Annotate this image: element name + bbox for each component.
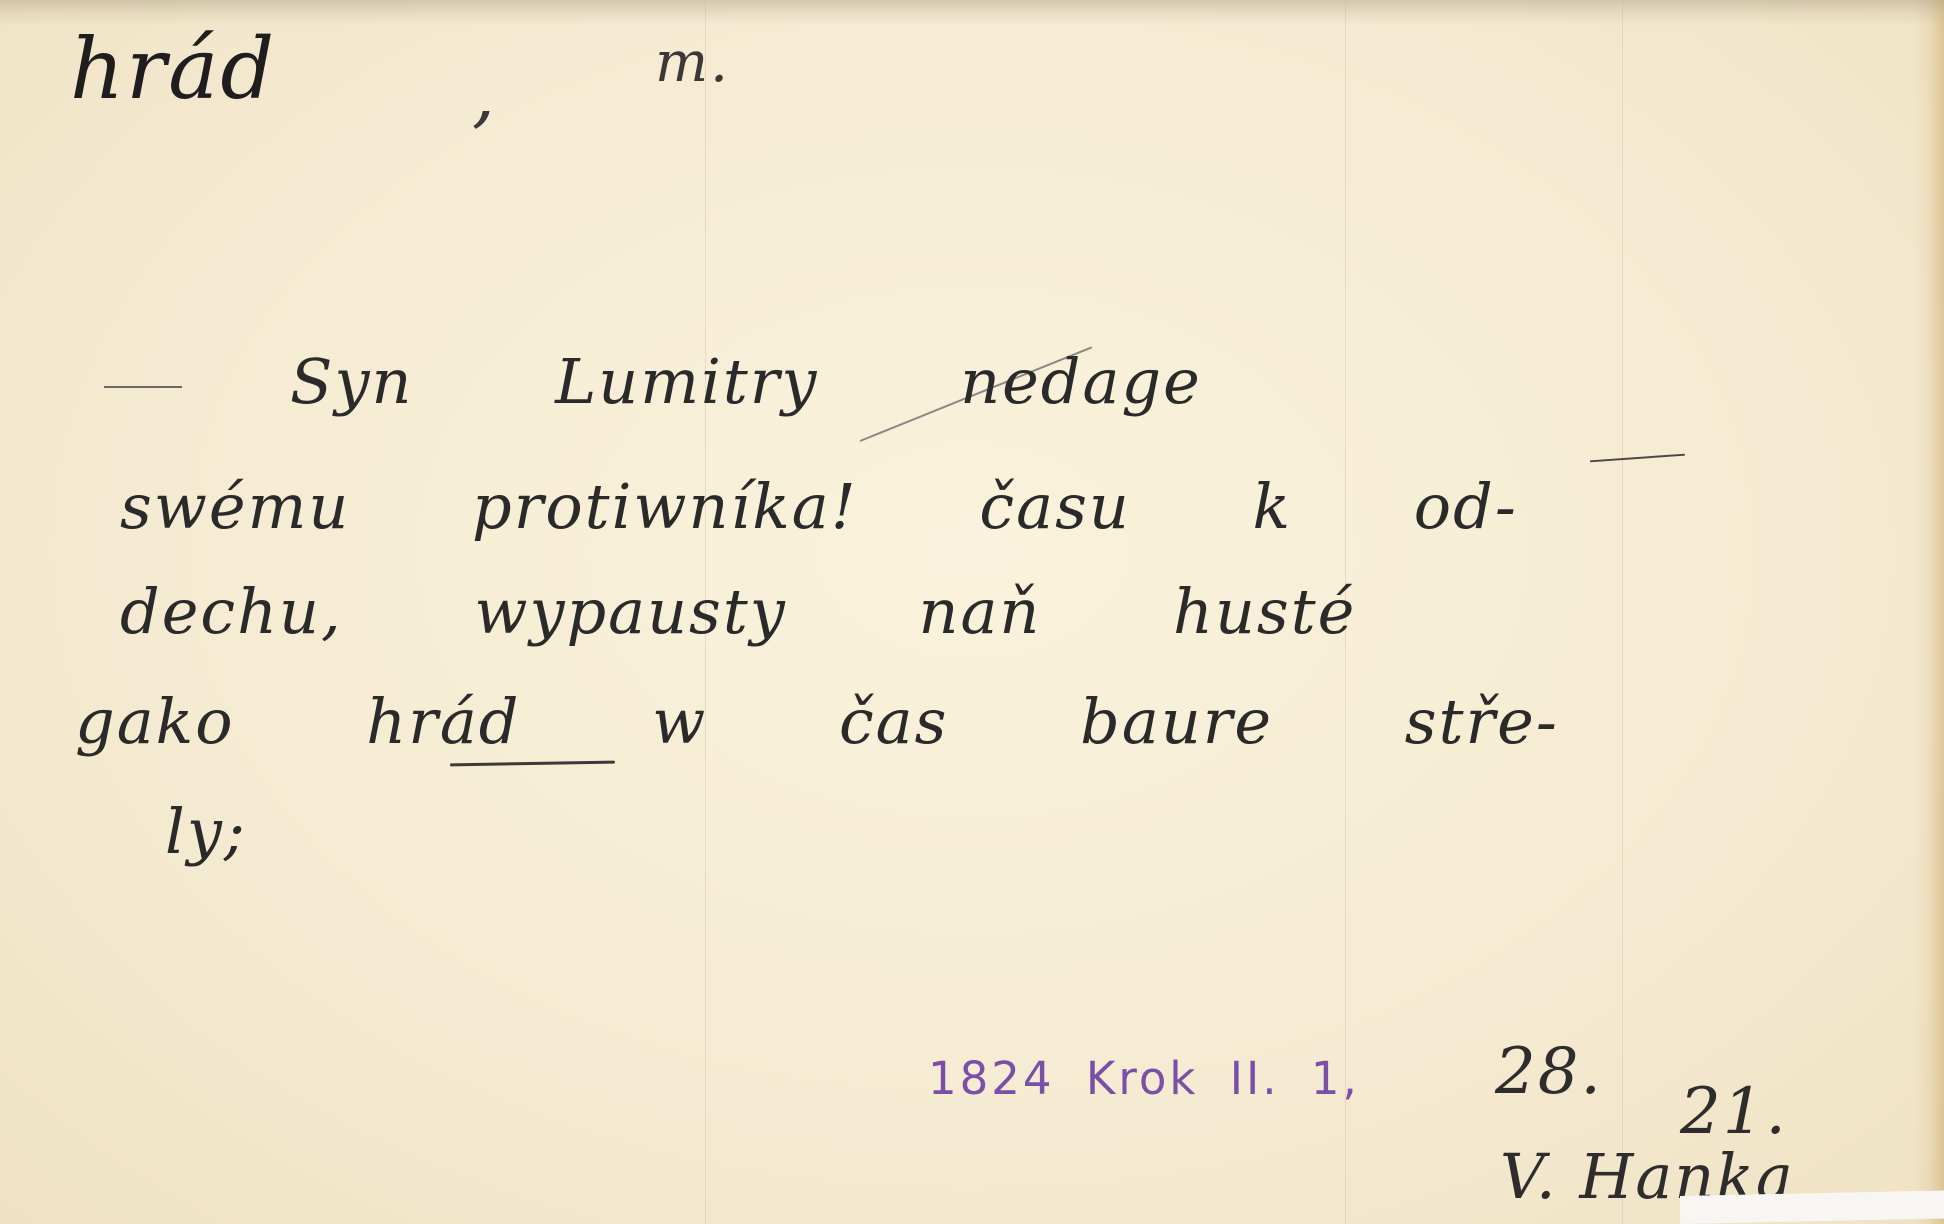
body-line-1: Syn Lumitry nedage [290,345,1202,418]
scan-edge [1680,1190,1944,1224]
date-line-2: 21. [1680,1075,1788,1149]
underline-mark [1590,454,1685,463]
date-line-1: 28. [1495,1035,1603,1109]
headword-separator: , [472,52,497,136]
headword: hrád [70,20,276,118]
body-line-2: swému protiwníka! času k od- [120,470,1518,543]
body-line-5: ly; [165,795,247,868]
index-card: hrád , m. Syn Lumitry nedage swému proti… [0,0,1944,1224]
quote-dash [104,386,182,388]
headword-underline [450,761,615,767]
body-line-4: gako hrád w čas baure stře- [75,685,1559,758]
source-stamp: 1824 Krok II. 1, [928,1052,1360,1105]
grammatical-gender: m. [655,30,730,95]
paper-rule-line [1622,0,1623,1224]
body-line-3: dechu, wypausty naň husté [120,575,1356,648]
